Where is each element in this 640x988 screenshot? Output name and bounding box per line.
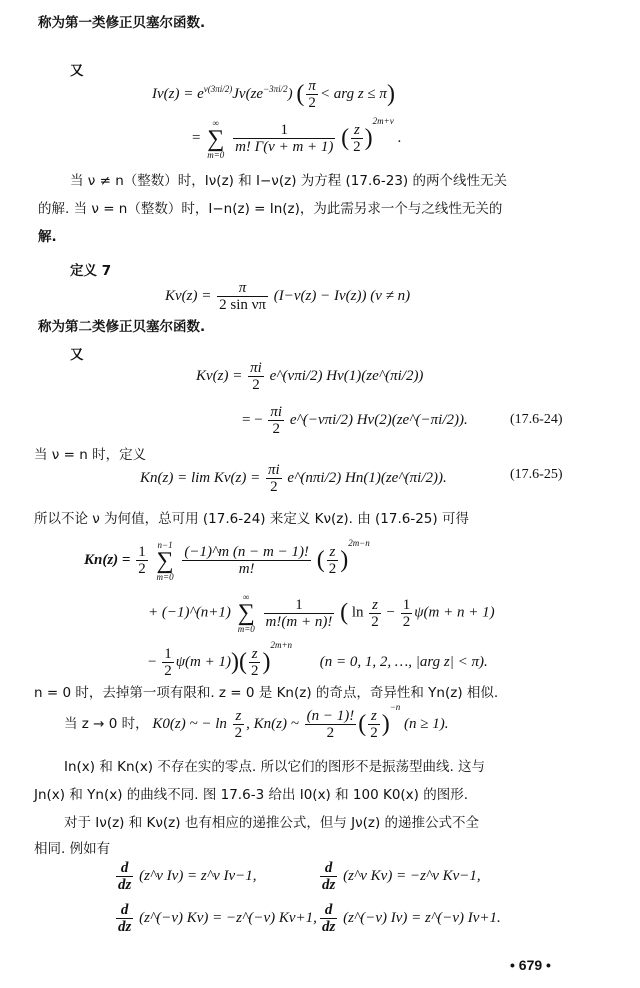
paragraph-linear-independence-1: 当 ν ≠ n（整数）时，Iν(z) 和 I−ν(z) 为方程 (17.6-23…: [70, 172, 507, 190]
equation-K-n-series-line2: + (−1)^(n+1) ∞∑m=0 1m!(m + n)! ( ln z2 −…: [148, 592, 495, 634]
equation-K-n-series-line1: Kn(z) = 12 n−1∑m=0 (−1)^m (n − m − 1)!m!…: [84, 538, 370, 582]
eq1-exp1: ν(3πi/2): [204, 84, 233, 94]
equation-K-nu-hankel-1: Kν(z) = πi2 e^(νπi/2) Hν(1)(ze^(πi/2)): [196, 360, 423, 393]
equation-K-n-limit: Kn(z) = lim Kν(z) = πi2 e^(nπi/2) Hn(1)(…: [140, 462, 447, 495]
eq2-exp: 2m+ν: [373, 116, 394, 126]
defK-frac: π2 sin νπ: [217, 280, 268, 313]
page-number: • 679 •: [510, 957, 551, 973]
equation-recurrence-1: ddz (z^ν Iν) = z^ν Iν−1,: [114, 860, 257, 893]
label-again-1: 又: [70, 62, 84, 80]
equation-K-nu-definition: Kν(z) = π2 sin νπ (I−ν(z) − Iν(z)) (ν ≠ …: [165, 280, 410, 313]
eq1-lhs: Iν(z) = e: [152, 86, 204, 102]
paragraph-define-when-nu-equals-n: 当 ν = n 时，定义: [34, 446, 146, 464]
equation-recurrence-2: ddz (z^ν Kν) = −z^ν Kν−1,: [318, 860, 481, 893]
equation-number-17-6-24: (17.6-24): [510, 412, 563, 428]
equation-recurrence-4: ddz (z^(−ν) Iν) = z^(−ν) Iν+1.: [318, 902, 501, 935]
paragraph-singularity: n = 0 时，去掉第一项有限和. z = 0 是 Kn(z) 的奇点，奇异性和…: [34, 684, 498, 702]
equation-recurrence-3: ddz (z^(−ν) Kν) = −z^(−ν) Kν+1,: [114, 902, 317, 935]
paragraph-recurrence-1: 对于 Iν(z) 和 Kν(z) 也有相应的递推公式，但与 Jν(z) 的递推公…: [64, 814, 479, 832]
equation-K-nu-hankel-2: = − πi2 e^(−νπi/2) Hν(2)(ze^(−πi/2)).: [242, 404, 468, 437]
equation-asymptotics: 当 z → 0 时， K0(z) ~ − ln z2, Kn(z) ~ (n −…: [64, 702, 449, 741]
definition-7-label: 定义 7: [70, 262, 111, 280]
paragraph-recurrence-2: 相同. 例如有: [34, 840, 110, 858]
paragraph-modified-bessel-first-kind: 称为第一类修正贝塞尔函数.: [38, 14, 205, 32]
equation-number-17-6-25: (17.6-25): [510, 467, 563, 483]
equation-I-nu-definition: Iν(z) = eν(3πi/2)Jν(ze−3πi/2) (π2< arg z…: [152, 78, 395, 111]
eq1-mid: Jν(ze: [232, 86, 263, 102]
paragraph-modified-bessel-second-kind: 称为第二类修正贝塞尔函数.: [38, 318, 205, 336]
paragraph-zeros-2: Jn(x) 和 Yn(x) 的曲线不同. 图 17.6-3 给出 I0(x) 和…: [34, 786, 468, 804]
eq1-cond-frac: π2: [306, 78, 318, 111]
label-again-2: 又: [70, 346, 84, 364]
eq1-cond: < arg z ≤ π: [320, 86, 387, 102]
paragraph-general-definition: 所以不论 ν 为何值，总可用 (17.6-24) 来定义 Kν(z). 由 (1…: [34, 510, 469, 528]
eq1-exp2: −3πi/2: [263, 84, 288, 94]
eq2-frac: 1m! Γ(ν + m + 1): [233, 122, 335, 155]
sum-symbol: ∞∑m=0: [207, 118, 224, 160]
paragraph-linear-independence-3: 解.: [38, 228, 57, 246]
equation-K-n-condition: (n = 0, 1, 2, …, |arg z| < π).: [320, 654, 488, 670]
equation-I-nu-series: = ∞∑m=0 1m! Γ(ν + m + 1) (z2)2m+ν .: [192, 116, 401, 160]
paragraph-zeros-1: In(x) 和 Kn(x) 不存在实的零点. 所以它们的图形不是振荡型曲线. 这…: [64, 758, 485, 776]
equation-K-n-series-line3: − 12ψ(m + 1))(z2)2m+n (n = 0, 1, 2, …, |…: [148, 640, 488, 679]
paragraph-linear-independence-2: 的解. 当 ν = n（整数）时，I−n(z) = In(z)，为此需另求一个与…: [38, 200, 502, 218]
